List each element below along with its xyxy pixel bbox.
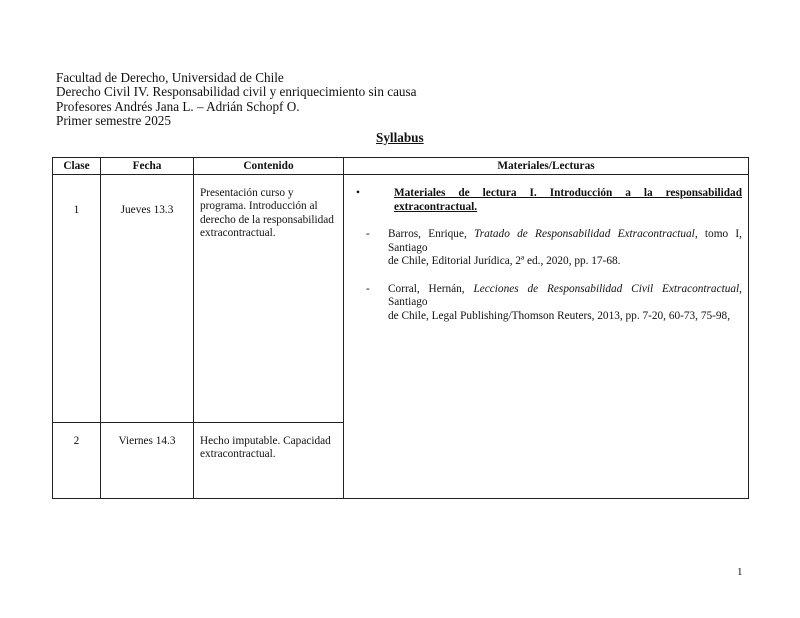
column-header-fecha: Fecha — [101, 158, 194, 175]
faculty-line: Facultad de Derecho, Universidad de Chil… — [56, 71, 417, 85]
reference-item: - Corral, Hernán, Lecciones de Responsab… — [350, 283, 742, 324]
document-header: Facultad de Derecho, Universidad de Chil… — [56, 71, 417, 129]
fecha-cell: Jueves 13.3 — [101, 175, 194, 423]
reference-title: Lecciones de Responsabilidad Civil Extra… — [473, 283, 739, 295]
contenido-cell: Presentación curso y programa. Introducc… — [194, 175, 344, 423]
syllabus-table: Clase Fecha Contenido Materiales/Lectura… — [52, 157, 749, 499]
table-header-row: Clase Fecha Contenido Materiales/Lectura… — [53, 158, 749, 175]
course-line: Derecho Civil IV. Responsabilidad civil … — [56, 85, 417, 99]
fecha-cell: Viernes 14.3 — [101, 423, 194, 499]
column-header-materiales: Materiales/Lecturas — [344, 158, 749, 175]
dash-icon: - — [350, 228, 388, 269]
bullet-icon: • — [350, 187, 394, 214]
professors-line: Profesores Andrés Jana L. – Adrián Schop… — [56, 100, 417, 114]
clase-cell: 2 — [53, 423, 101, 499]
dash-icon: - — [350, 283, 388, 324]
contenido-cell: Hecho imputable. Capacidad extracontract… — [194, 423, 344, 499]
page-title: Syllabus — [376, 130, 424, 146]
table-row: 1 Jueves 13.3 Presentación curso y progr… — [53, 175, 749, 423]
reference-item: - Barros, Enrique, Tratado de Responsabi… — [350, 228, 742, 269]
reference-title: Tratado de Responsabilidad Extracontract… — [474, 228, 695, 240]
reading-heading: • Materiales de lectura I. Introducción … — [350, 187, 742, 214]
column-header-clase: Clase — [53, 158, 101, 175]
column-header-contenido: Contenido — [194, 158, 344, 175]
semester-line: Primer semestre 2025 — [56, 114, 417, 128]
materiales-cell: • Materiales de lectura I. Introducción … — [344, 175, 749, 499]
page-number: 1 — [737, 566, 743, 578]
clase-cell: 1 — [53, 175, 101, 423]
